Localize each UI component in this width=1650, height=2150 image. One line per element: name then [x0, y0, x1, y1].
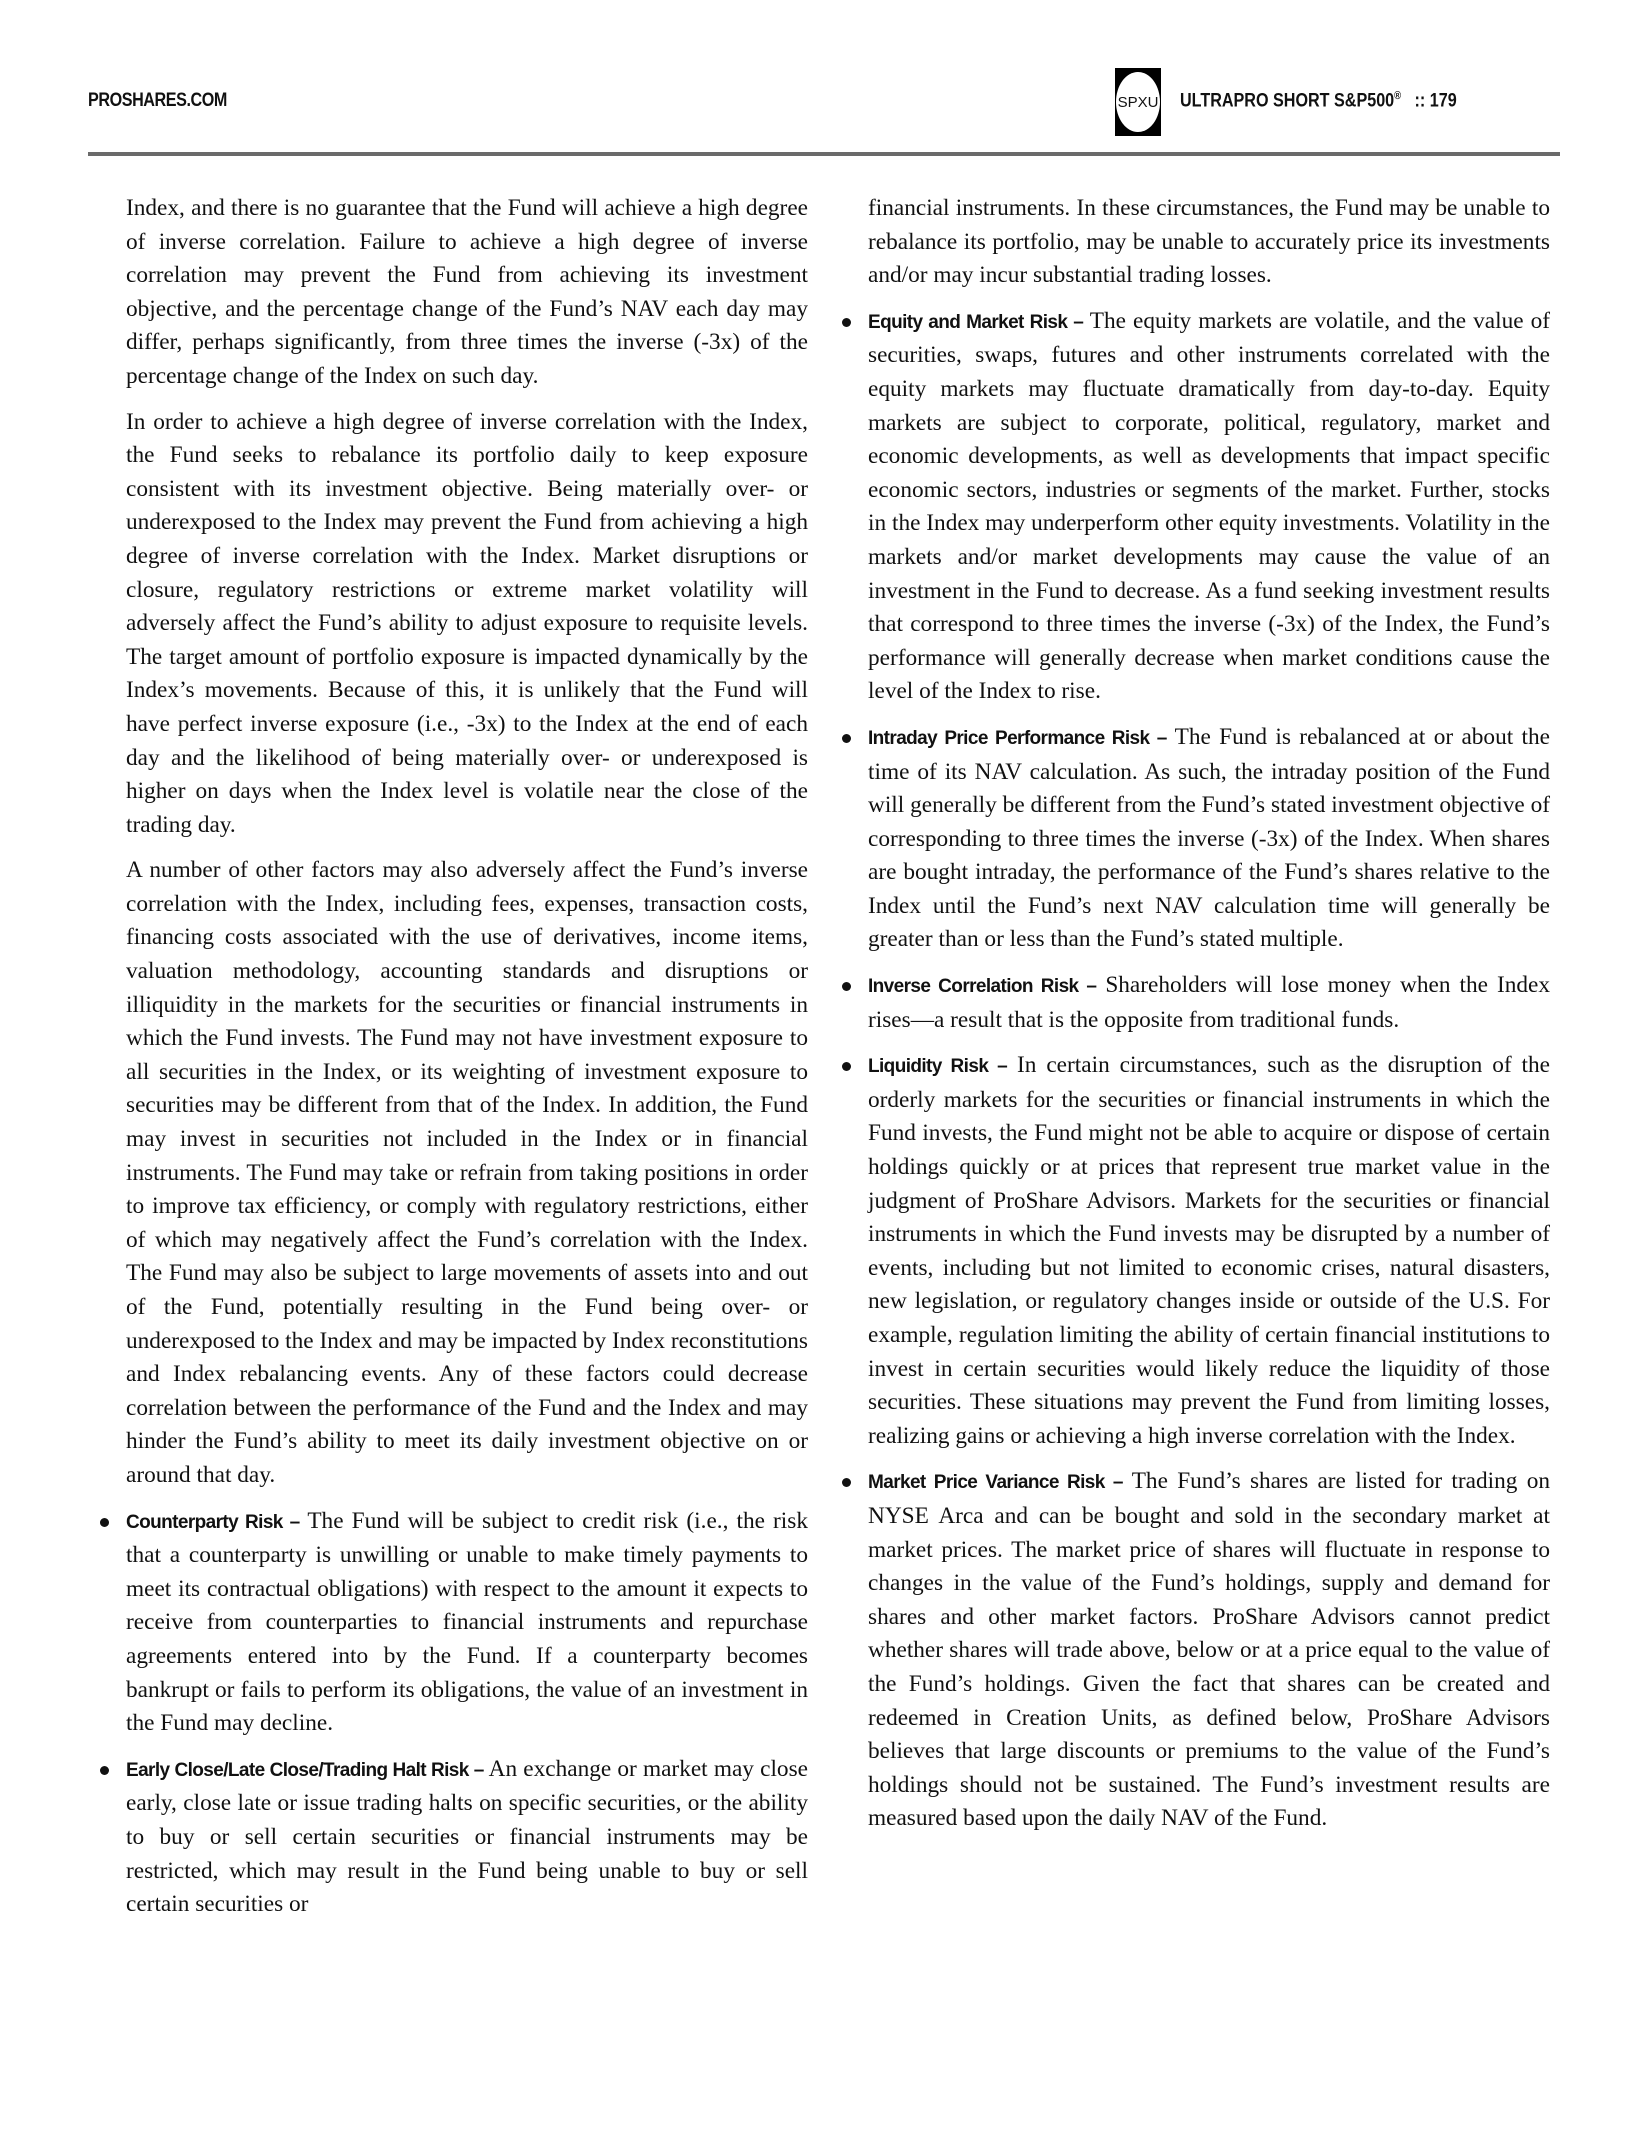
paragraph: A number of other factors may also adver… [126, 854, 808, 1492]
risk-text: The Fund’s shares are listed for trading… [868, 1468, 1550, 1831]
risk-term: Inverse Correlation Risk – [868, 976, 1096, 997]
paragraph: In order to achieve a high degree of inv… [126, 406, 808, 843]
page-number: 179 [1430, 90, 1457, 111]
risk-term: Counterparty Risk – [126, 1512, 300, 1533]
risk-term: Intraday Price Performance Risk – [868, 728, 1167, 749]
page-header: PROSHARES.COM SPXU ULTRAPRO SHORT S&P500… [0, 0, 1650, 160]
risk-item-market-price-variance: Market Price Variance Risk – The Fund’s … [868, 1465, 1550, 1836]
ticker-badge: SPXU [1115, 68, 1161, 136]
risk-text: The Fund will be subject to credit risk … [126, 1508, 808, 1737]
bullet-icon [842, 318, 851, 327]
risk-text: The equity markets are volatile, and the… [868, 308, 1550, 705]
risk-term: Equity and Market Risk – [868, 312, 1083, 333]
paragraph: Index, and there is no guarantee that th… [126, 192, 808, 394]
risk-text: In certain circumstances, such as the di… [868, 1052, 1550, 1449]
risk-term: Market Price Variance Risk – [868, 1472, 1123, 1493]
bullet-icon [842, 734, 851, 743]
risk-item-liquidity: Liquidity Risk – In certain circumstance… [868, 1049, 1550, 1453]
risk-item-counterparty: Counterparty Risk – The Fund will be sub… [126, 1505, 808, 1741]
bullet-icon [100, 1518, 109, 1527]
bullet-icon [842, 1478, 851, 1487]
risk-item-intraday: Intraday Price Performance Risk – The Fu… [868, 721, 1550, 957]
bullet-icon [842, 1062, 851, 1071]
header-divider [88, 152, 1560, 156]
registered-mark: ® [1394, 90, 1401, 102]
paragraph-continuation: financial instruments. In these circumst… [868, 192, 1550, 293]
ticker-badge-label: SPXU [1116, 72, 1160, 132]
risk-term: Liquidity Risk – [868, 1056, 1007, 1077]
risk-item-equity-market: Equity and Market Risk – The equity mark… [868, 305, 1550, 709]
title-separator: :: [1415, 90, 1426, 111]
right-column: financial instruments. In these circumst… [868, 192, 1550, 1848]
risk-item-early-close: Early Close/Late Close/Trading Halt Risk… [126, 1753, 808, 1922]
bullet-icon [842, 982, 851, 991]
fund-title-line: ULTRAPRO SHORT S&P500® :: 179 [1180, 90, 1457, 112]
risk-text: The Fund is rebalanced at or about the t… [868, 724, 1550, 953]
fund-title: ULTRAPRO SHORT S&P500 [1180, 90, 1394, 111]
left-column: Index, and there is no guarantee that th… [126, 192, 808, 1934]
risk-term: Early Close/Late Close/Trading Halt Risk… [126, 1760, 484, 1781]
site-url: PROSHARES.COM [88, 90, 227, 112]
risk-item-inverse-correlation: Inverse Correlation Risk – Shareholders … [868, 969, 1550, 1037]
bullet-icon [100, 1766, 109, 1775]
